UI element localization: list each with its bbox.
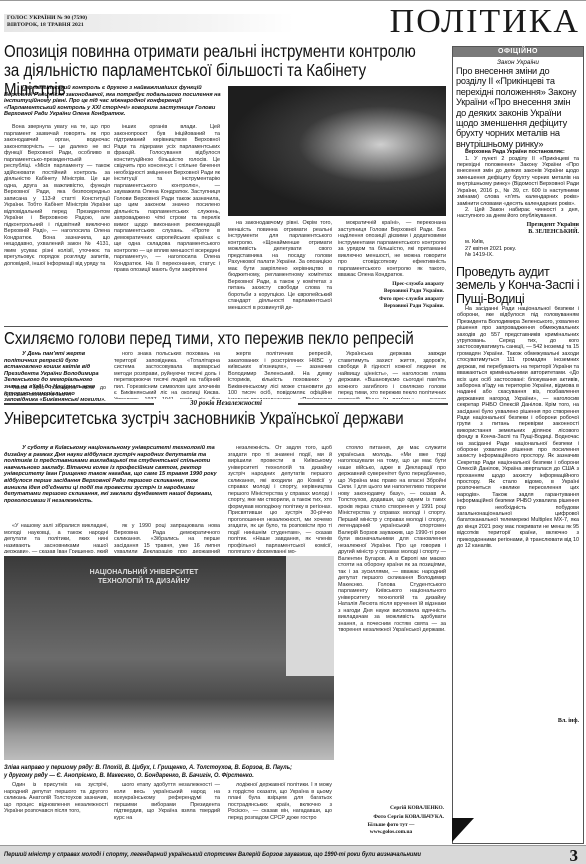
article1-photo: [228, 86, 446, 216]
signer-title: Президент України: [453, 222, 579, 229]
article1-credit: Прес-служба апарату Верховної Ради Украї…: [338, 281, 444, 309]
article2-col2: ного знака польських поховань на територ…: [114, 351, 220, 399]
official-sidebar: ОФІЦІЙНО Закон України Про внесення змін…: [452, 46, 584, 844]
official-tag: ОФІЦІЙНО: [453, 47, 583, 57]
sidebar-news-headline: Проведуть аудит земель у Конча-Заспі і П…: [453, 266, 583, 307]
section-title: ПОЛІТИКА: [390, 5, 580, 39]
article1-col3: на законодавчому рівні. Окрім того, менш…: [228, 220, 332, 324]
footer-quote: Перший міністр у справах молоді і спорту…: [4, 851, 421, 858]
photo-caption: Зліва направо у першому ряду: В. Плохій,…: [4, 764, 308, 780]
issue-date: ВІВТОРОК, 18 ТРАВНЯ 2021: [7, 22, 291, 29]
article2-col1-tail: Також було покладено квіти до братської …: [4, 385, 106, 399]
issue-number: ГОЛОС УКРАЇНИ № 90 (7590): [7, 15, 291, 22]
photo-window: [286, 556, 334, 676]
page-corner-fold: [452, 818, 474, 842]
article1-col2: інших органів влади. Цей законопроєкт бу…: [114, 124, 220, 324]
photo-banner: НАЦІОНАЛЬНИЙ УНІВЕРСИТЕТ ТЕХНОЛОГІЙ ТА Д…: [74, 568, 214, 586]
kicker-text: 30 років Незалежності: [186, 399, 266, 407]
caption-line: у другому ряду — Є. Анопрієнко, В. Макеє…: [4, 772, 308, 780]
law-title: Про внесення зміни до розділу II «Прикін…: [453, 66, 583, 149]
law-kind: Закон України: [453, 59, 583, 66]
article3-bottom-col1: Один із присутніх на зустрічі, народний …: [4, 782, 108, 842]
headline-line: Опозиція повинна отримати реальні інстру…: [4, 42, 425, 61]
article3-col4: стояло питання, де має служити українськ…: [338, 445, 446, 775]
law-place-date: м. Київ, 27 квітня 2021 року. № 1419-IX.: [453, 239, 583, 258]
group-photo: НАЦІОНАЛЬНИЙ УНІВЕРСИТЕТ ТЕХНОЛОГІЙ ТА Д…: [4, 556, 334, 760]
credit-line: Верховної Ради України.: [338, 303, 444, 310]
article3-lead: У суботу в Київському національному унів…: [4, 445, 222, 504]
masthead: ГОЛОС УКРАЇНИ № 90 (7590) ВІВТОРОК, 18 Т…: [0, 0, 586, 40]
photo-credit: Фото Сергія КОВАЛЬЧУКА.: [338, 814, 444, 821]
author: Сергій КОВАЛЕНКО.: [338, 805, 444, 812]
issue-strip: ГОЛОС УКРАЇНИ № 90 (7590) ВІВТОРОК, 18 Т…: [4, 14, 294, 32]
more-photos-link[interactable]: www.golos.com.ua: [338, 829, 444, 836]
law-body: Верховна Рада України постановляє: 1. У …: [453, 149, 583, 219]
signer-name: В. ЗЕЛЕНСЬКИЙ.: [453, 229, 579, 236]
article2-headline: Схиляємо голови перед тими, хто пережив …: [4, 329, 451, 348]
law-signature: Президент України В. ЗЕЛЕНСЬКИЙ.: [453, 222, 583, 236]
article3-col3: незалежність. От задля того, щоб згадати…: [228, 445, 332, 553]
article1-col4: мократичній країні», — переконана заступ…: [338, 220, 446, 278]
article3-bottom-col3: лодіжної державної політики. І я можу з …: [228, 782, 332, 842]
sidebar-news-credit: Вл. інф.: [453, 718, 583, 725]
section-kicker: 30 років Незалежності: [4, 400, 448, 408]
divider: [4, 326, 448, 327]
article3-headline: Університетська зустріч засновників Укра…: [4, 409, 451, 428]
page-number: 3: [570, 846, 579, 864]
article2-col4: Українська держава завжди ставитимуть за…: [338, 351, 446, 399]
article3-credits: Сергій КОВАЛЕНКО. Фото Сергія КОВАЛЬЧУКА…: [338, 805, 444, 835]
caption-line: Зліва направо у першому ряду: В. Плохій,…: [4, 764, 308, 772]
sidebar-news-body: На засіданні Ради національної безпеки і…: [453, 306, 583, 718]
article3-col1: «У нашому залі зібралися викладачі, моло…: [4, 523, 108, 553]
footer-bar: Перший міністр у справах молоді і спорту…: [0, 845, 586, 864]
article1-lead: Парламентський контроль є другою з найва…: [4, 85, 222, 118]
article1-col1: Вона звернула увагу на те, що про парлам…: [4, 124, 110, 324]
article3-col2: як у 1990 році запрацювала нова Верховна…: [114, 523, 220, 553]
article3-bottom-col2: шого етапу здобуття незалежності — коли …: [114, 782, 220, 842]
article2-col3: жертв політичних репресій, закатованих і…: [228, 351, 332, 399]
credit-line: Верховної Ради України.: [338, 288, 444, 295]
